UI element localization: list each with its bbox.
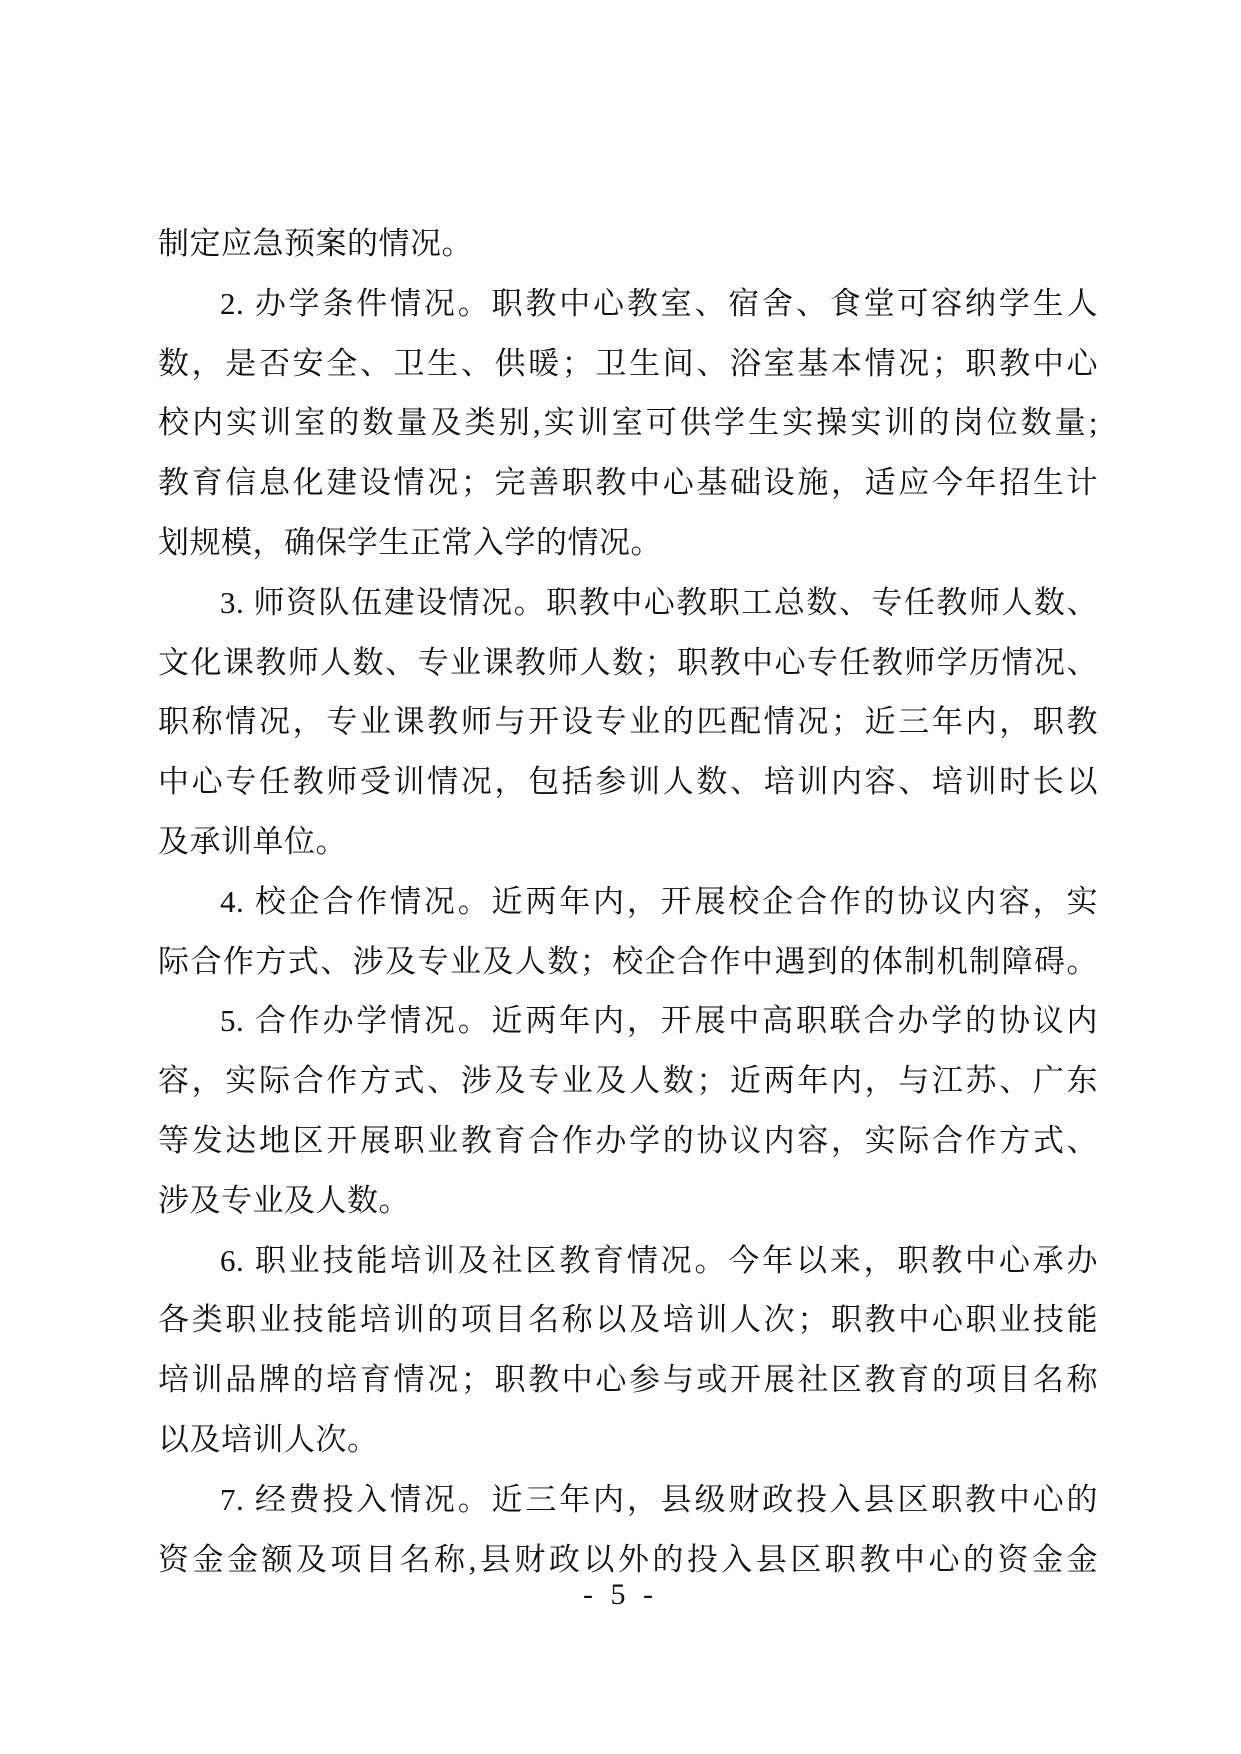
text-line: 涉及专业及人数。	[158, 1171, 1098, 1231]
paragraph-first-line: 7. 经费投入情况。近三年内，县级财政投入县区职教中心的	[158, 1470, 1098, 1530]
text-line: 容，实际合作方式、涉及专业及人数；近两年内，与江苏、广东	[158, 1051, 1098, 1111]
paragraph-first-line: 3. 师资队伍建设情况。职教中心教职工总数、专任教师人数、	[158, 573, 1098, 633]
document-body: 制定应急预案的情况。2. 办学条件情况。职教中心教室、宿舍、食堂可容纳学生人数，…	[158, 214, 1098, 1589]
text-line: 以及培训人次。	[158, 1410, 1098, 1470]
text-line: 校内实训室的数量及类别,实训室可供学生实操实训的岗位数量;	[158, 393, 1098, 453]
text-line: 及承训单位。	[158, 812, 1098, 872]
text-line: 职称情况，专业课教师与开设专业的匹配情况；近三年内，职教	[158, 692, 1098, 752]
text-line: 划规模，确保学生正常入学的情况。	[158, 513, 1098, 573]
document-page: 制定应急预案的情况。2. 办学条件情况。职教中心教室、宿舍、食堂可容纳学生人数，…	[0, 0, 1241, 1754]
text-line: 际合作方式、涉及专业及人数；校企合作中遇到的体制机制障碍。	[158, 932, 1098, 992]
page-number: - 5 -	[0, 1578, 1241, 1612]
text-line: 中心专任教师受训情况，包括参训人数、培训内容、培训时长以	[158, 752, 1098, 812]
text-line: 制定应急预案的情况。	[158, 214, 1098, 274]
text-line: 教育信息化建设情况；完善职教中心基础设施，适应今年招生计	[158, 453, 1098, 513]
paragraph-first-line: 6. 职业技能培训及社区教育情况。今年以来，职教中心承办	[158, 1231, 1098, 1291]
text-line: 各类职业技能培训的项目名称以及培训人次；职教中心职业技能	[158, 1290, 1098, 1350]
paragraph-first-line: 2. 办学条件情况。职教中心教室、宿舍、食堂可容纳学生人	[158, 274, 1098, 334]
paragraph-first-line: 4. 校企合作情况。近两年内，开展校企合作的协议内容，实	[158, 872, 1098, 932]
text-line: 等发达地区开展职业教育合作办学的协议内容，实际合作方式、	[158, 1111, 1098, 1171]
text-line: 数，是否安全、卫生、供暖；卫生间、浴室基本情况；职教中心	[158, 334, 1098, 394]
text-line: 文化课教师人数、专业课教师人数；职教中心专任教师学历情况、	[158, 633, 1098, 693]
paragraph-first-line: 5. 合作办学情况。近两年内，开展中高职联合办学的协议内	[158, 991, 1098, 1051]
text-line: 培训品牌的培育情况；职教中心参与或开展社区教育的项目名称	[158, 1350, 1098, 1410]
